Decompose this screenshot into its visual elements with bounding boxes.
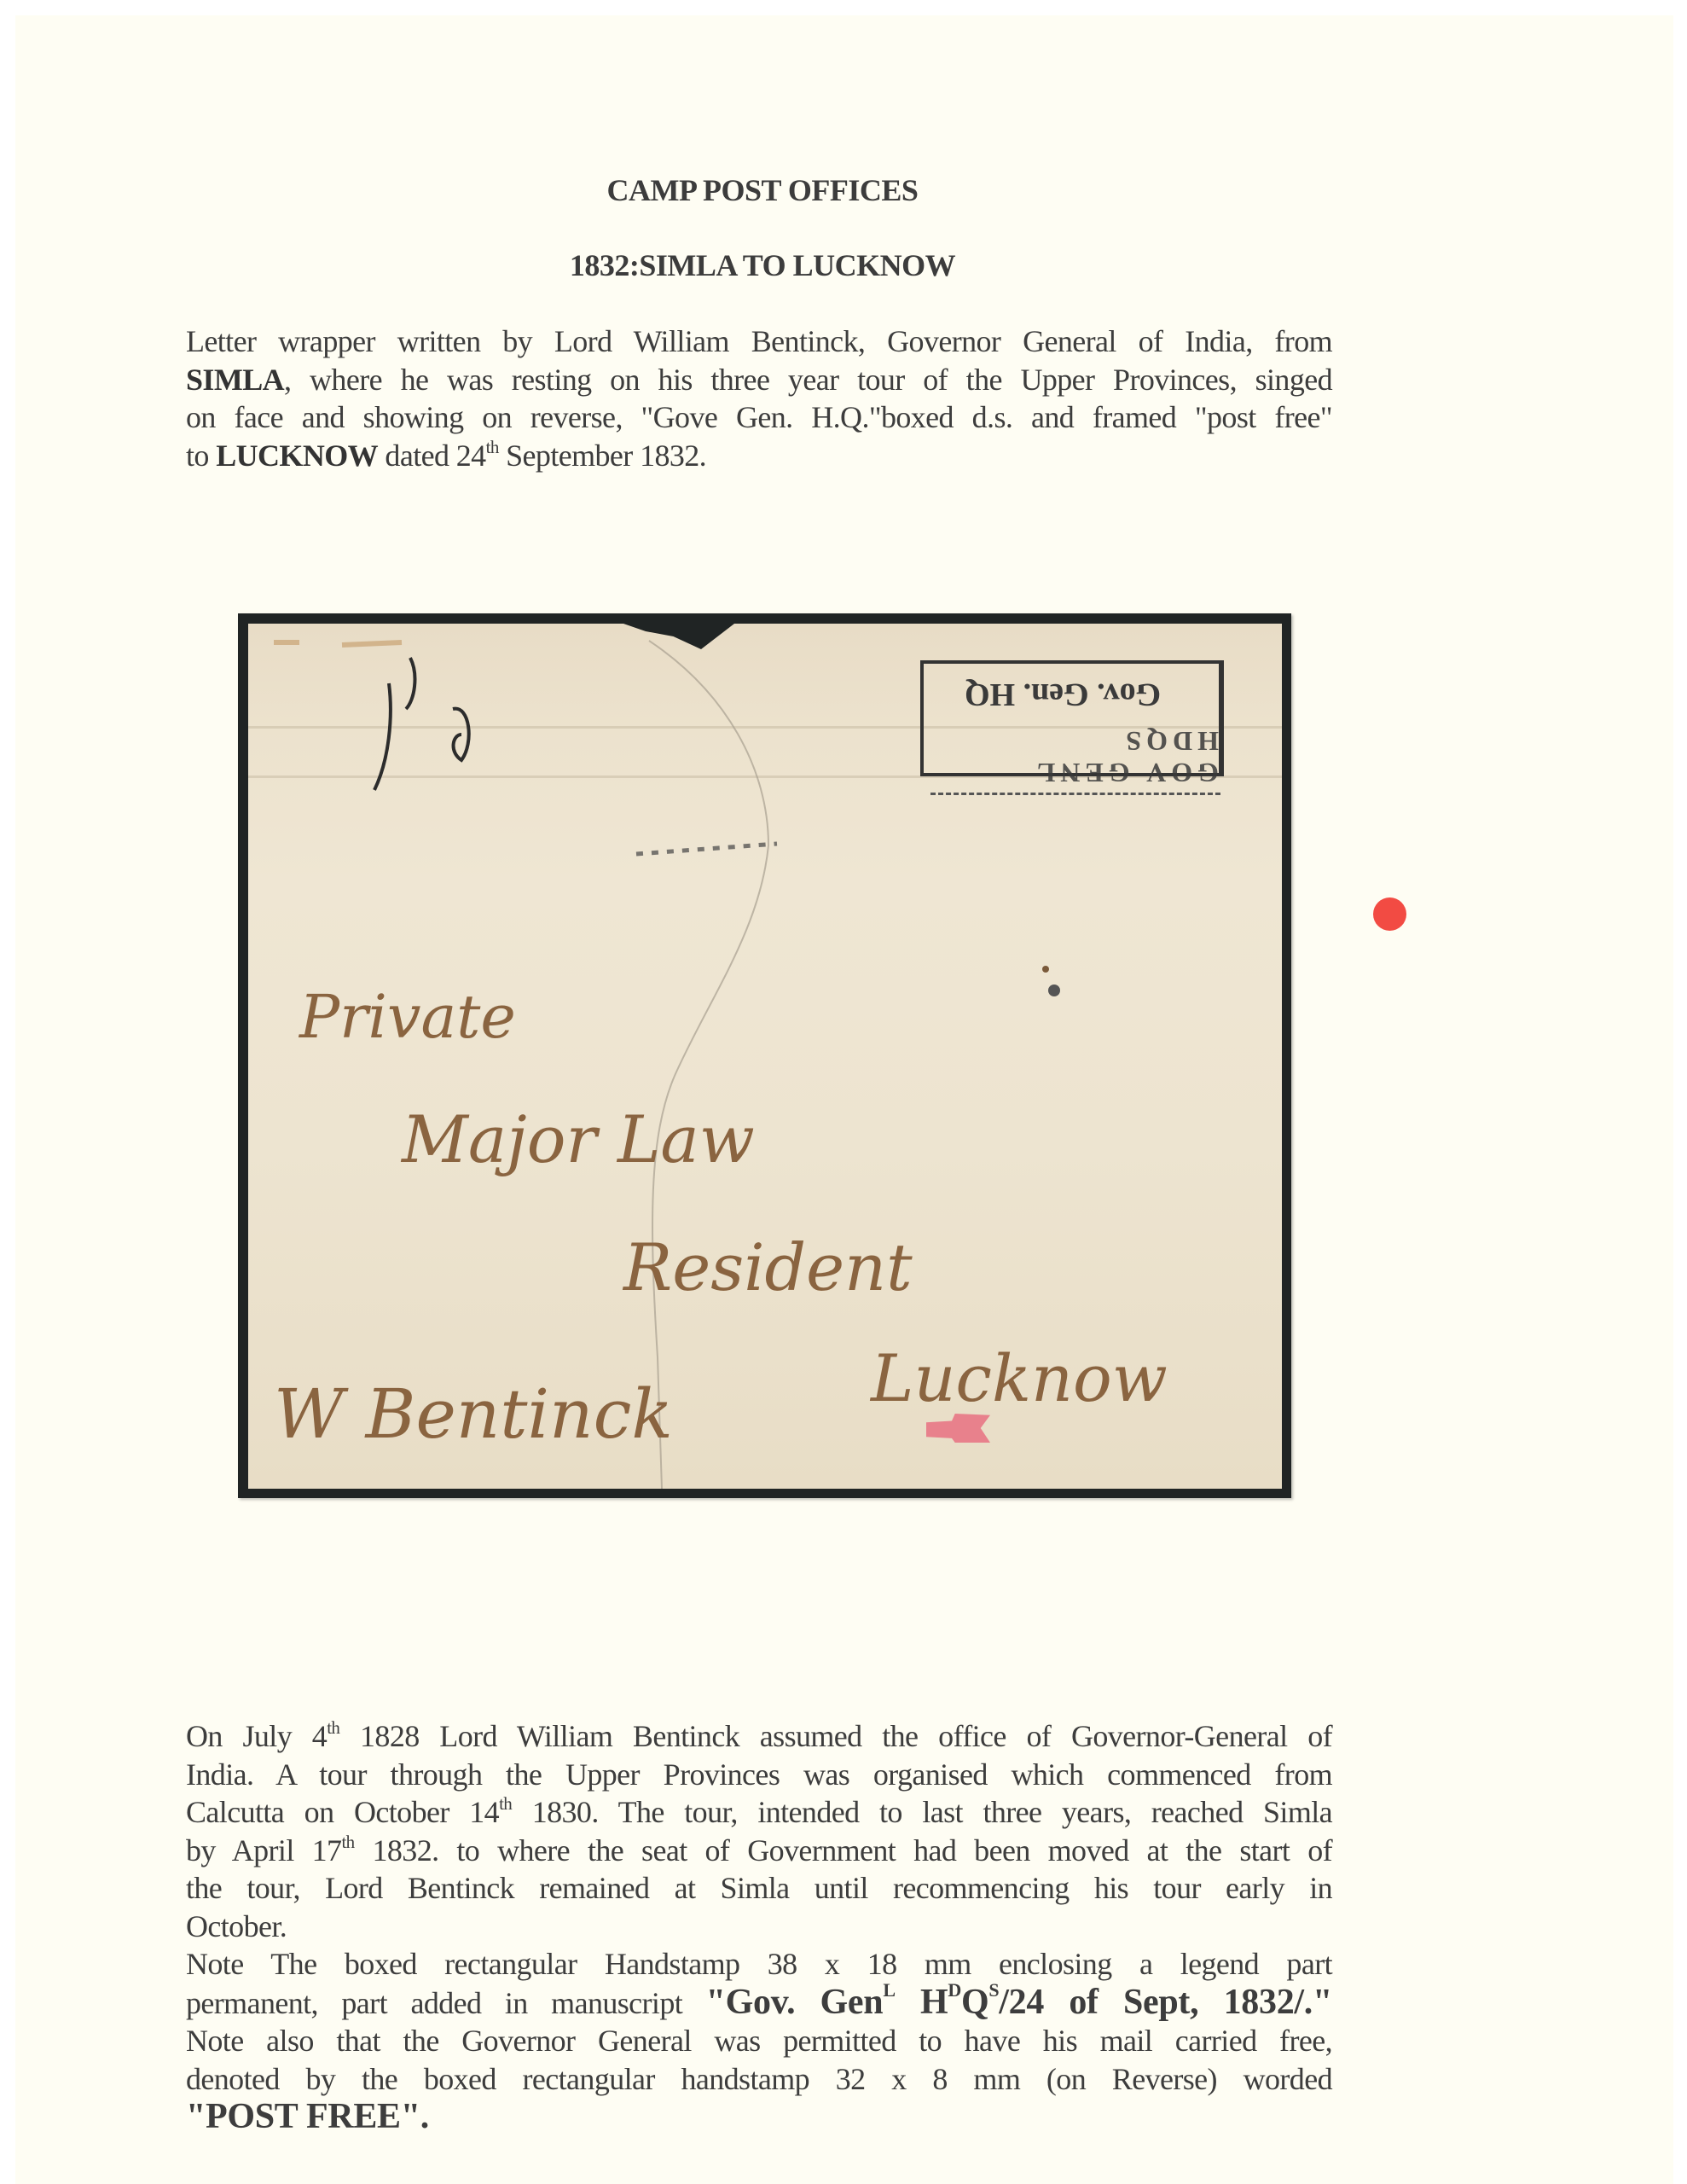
body-line-3: Calcutta on October 14th 1830. The tour,… <box>186 1793 1332 1832</box>
body-line-6: October. <box>186 1908 1332 1946</box>
gov-gen-hq-handstamp: Gov. Gen. HQ GOV GENL HDQS <box>920 660 1224 776</box>
handwriting-resident: Resident <box>623 1229 913 1305</box>
stamp-top-legend: Gov. Gen. HQ <box>965 676 1161 713</box>
handwriting-major-law: Major Law <box>402 1101 755 1177</box>
stamp-bottom-legend: GOV GENL HDQS <box>932 725 1219 788</box>
place-lucknow: LUCKNOW <box>216 439 378 473</box>
intro-line-3: on face and showing on reverse, "Gove Ge… <box>186 398 1332 437</box>
body-line-2: India. A tour through the Upper Province… <box>186 1756 1332 1794</box>
intro-paragraph: Letter wrapper written by Lord William B… <box>186 322 1332 474</box>
note-line-4: denoted by the boxed rectangular handsta… <box>186 2060 1332 2099</box>
post-free-quote: "POST FREE". <box>186 2097 429 2136</box>
note-line-5: "POST FREE". <box>186 2098 1332 2137</box>
page-heading: CAMP POST OFFICES <box>0 172 1606 208</box>
note-line-3: Note also that the Governor General was … <box>186 2022 1332 2060</box>
page-subheading: 1832:SIMLA TO LUCKNOW <box>0 247 1606 283</box>
handstamp-legend-quote: "Gov. GenL HDQS/24 of Sept, 1832/." <box>706 1983 1332 2022</box>
place-simla: SIMLA <box>186 363 284 397</box>
letter-wrapper-image: Gov. Gen. HQ GOV GENL HDQS Private Major… <box>248 624 1282 1489</box>
body-line-4: by April 17th 1832. to where the seat of… <box>186 1832 1332 1870</box>
body-line-1: On July 4th 1828 Lord William Bentinck a… <box>186 1717 1332 1756</box>
red-dot-marker <box>1373 897 1406 931</box>
intro-line-1: Letter wrapper written by Lord William B… <box>186 322 1332 361</box>
letter-image-frame: Gov. Gen. HQ GOV GENL HDQS Private Major… <box>238 613 1291 1498</box>
intro-line-4: to LUCKNOW dated 24th September 1832. <box>186 437 1332 475</box>
note-line-1: Note The boxed rectangular Handstamp 38 … <box>186 1945 1332 1984</box>
handwriting-private: Private <box>299 982 516 1052</box>
signature-bentinck: W Bentinck <box>274 1374 673 1454</box>
note-line-2: permanent, part added in manuscript "Gov… <box>186 1984 1332 2023</box>
body-line-5: the tour, Lord Bentinck remained at Siml… <box>186 1869 1332 1908</box>
history-paragraph: On July 4th 1828 Lord William Bentinck a… <box>186 1717 1332 2137</box>
intro-line-2: SIMLA, where he was resting on his three… <box>186 361 1332 399</box>
handwriting-lucknow: Lucknow <box>871 1340 1168 1416</box>
post-free-partial-strike <box>930 793 1220 795</box>
